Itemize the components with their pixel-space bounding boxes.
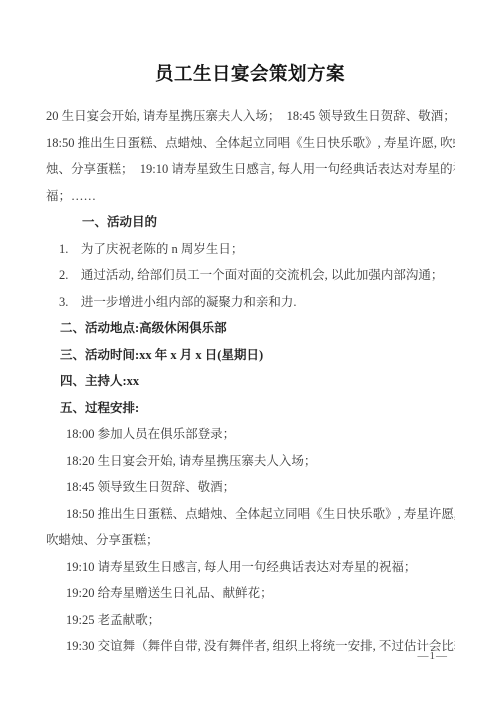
list-item: 2. 通过活动, 给部们员工一个面对面的交流机会, 以此加强内部沟通； [46, 262, 455, 289]
section-heading: 一、活动目的 [46, 209, 455, 236]
schedule-line: 19:30 交谊舞（舞伴自带, 没有舞伴者, 组织上将统一安排, 不过估计会比较 [46, 633, 455, 660]
section-heading: 三、活动时间:xx 年 x 月 x 日(星期日) [46, 342, 455, 369]
section-heading: 五、过程安排: [46, 395, 455, 422]
page-number: —1— [418, 650, 449, 662]
section-heading: 二、活动地点:高级休闲俱乐部 [46, 315, 455, 342]
schedule-line: 18:20 生日宴会开始, 请寿星携压寨夫人入场； [46, 448, 455, 475]
schedule-line: 19:10 请寿星致生日感言, 每人用一句经典话表达对寿星的祝福； [46, 554, 455, 581]
paragraph-line: 18:50 推出生日蛋糕、点蜡烛、全体起立同唱《生日快乐歌》, 寿星许愿, 吹蜡 [46, 130, 455, 157]
paragraph-line: 福；…… [46, 183, 455, 210]
list-item: 1. 为了庆祝老陈的 n 周岁生日； [46, 236, 455, 263]
paragraph-line: 烛、分享蛋糕； 19:10 请寿星致生日感言, 每人用一句经典话表达对寿星的祝 [46, 156, 455, 183]
paragraph-line: 20 生日宴会开始, 请寿星携压寨夫人入场； 18:45 领导致生日贺辞、敬酒； [46, 103, 455, 130]
list-item: 3. 进一步增进小组内部的凝聚力和亲和力. [46, 289, 455, 316]
schedule-line: 18:50 推出生日蛋糕、点蜡烛、全体起立同唱《生日快乐歌》, 寿星许愿, [46, 501, 455, 528]
document-body: 20 生日宴会开始, 请寿星携压寨夫人入场； 18:45 领导致生日贺辞、敬酒；… [46, 103, 455, 660]
schedule-line: 吹蜡烛、分享蛋糕； [46, 527, 455, 554]
schedule-line: 19:25 老孟献歌； [46, 607, 455, 634]
schedule-line: 19:20 给寿星赠送生日礼品、献鲜花； [46, 580, 455, 607]
document-page: 员工生日宴会策划方案 20 生日宴会开始, 请寿星携压寨夫人入场； 18:45 … [0, 0, 500, 707]
schedule-line: 18:45 领导致生日贺辞、敬酒； [46, 474, 455, 501]
schedule-line: 18:00 参加人员在俱乐部登录； [46, 421, 455, 448]
document-title: 员工生日宴会策划方案 [0, 60, 500, 88]
section-heading: 四、主持人:xx [46, 368, 455, 395]
